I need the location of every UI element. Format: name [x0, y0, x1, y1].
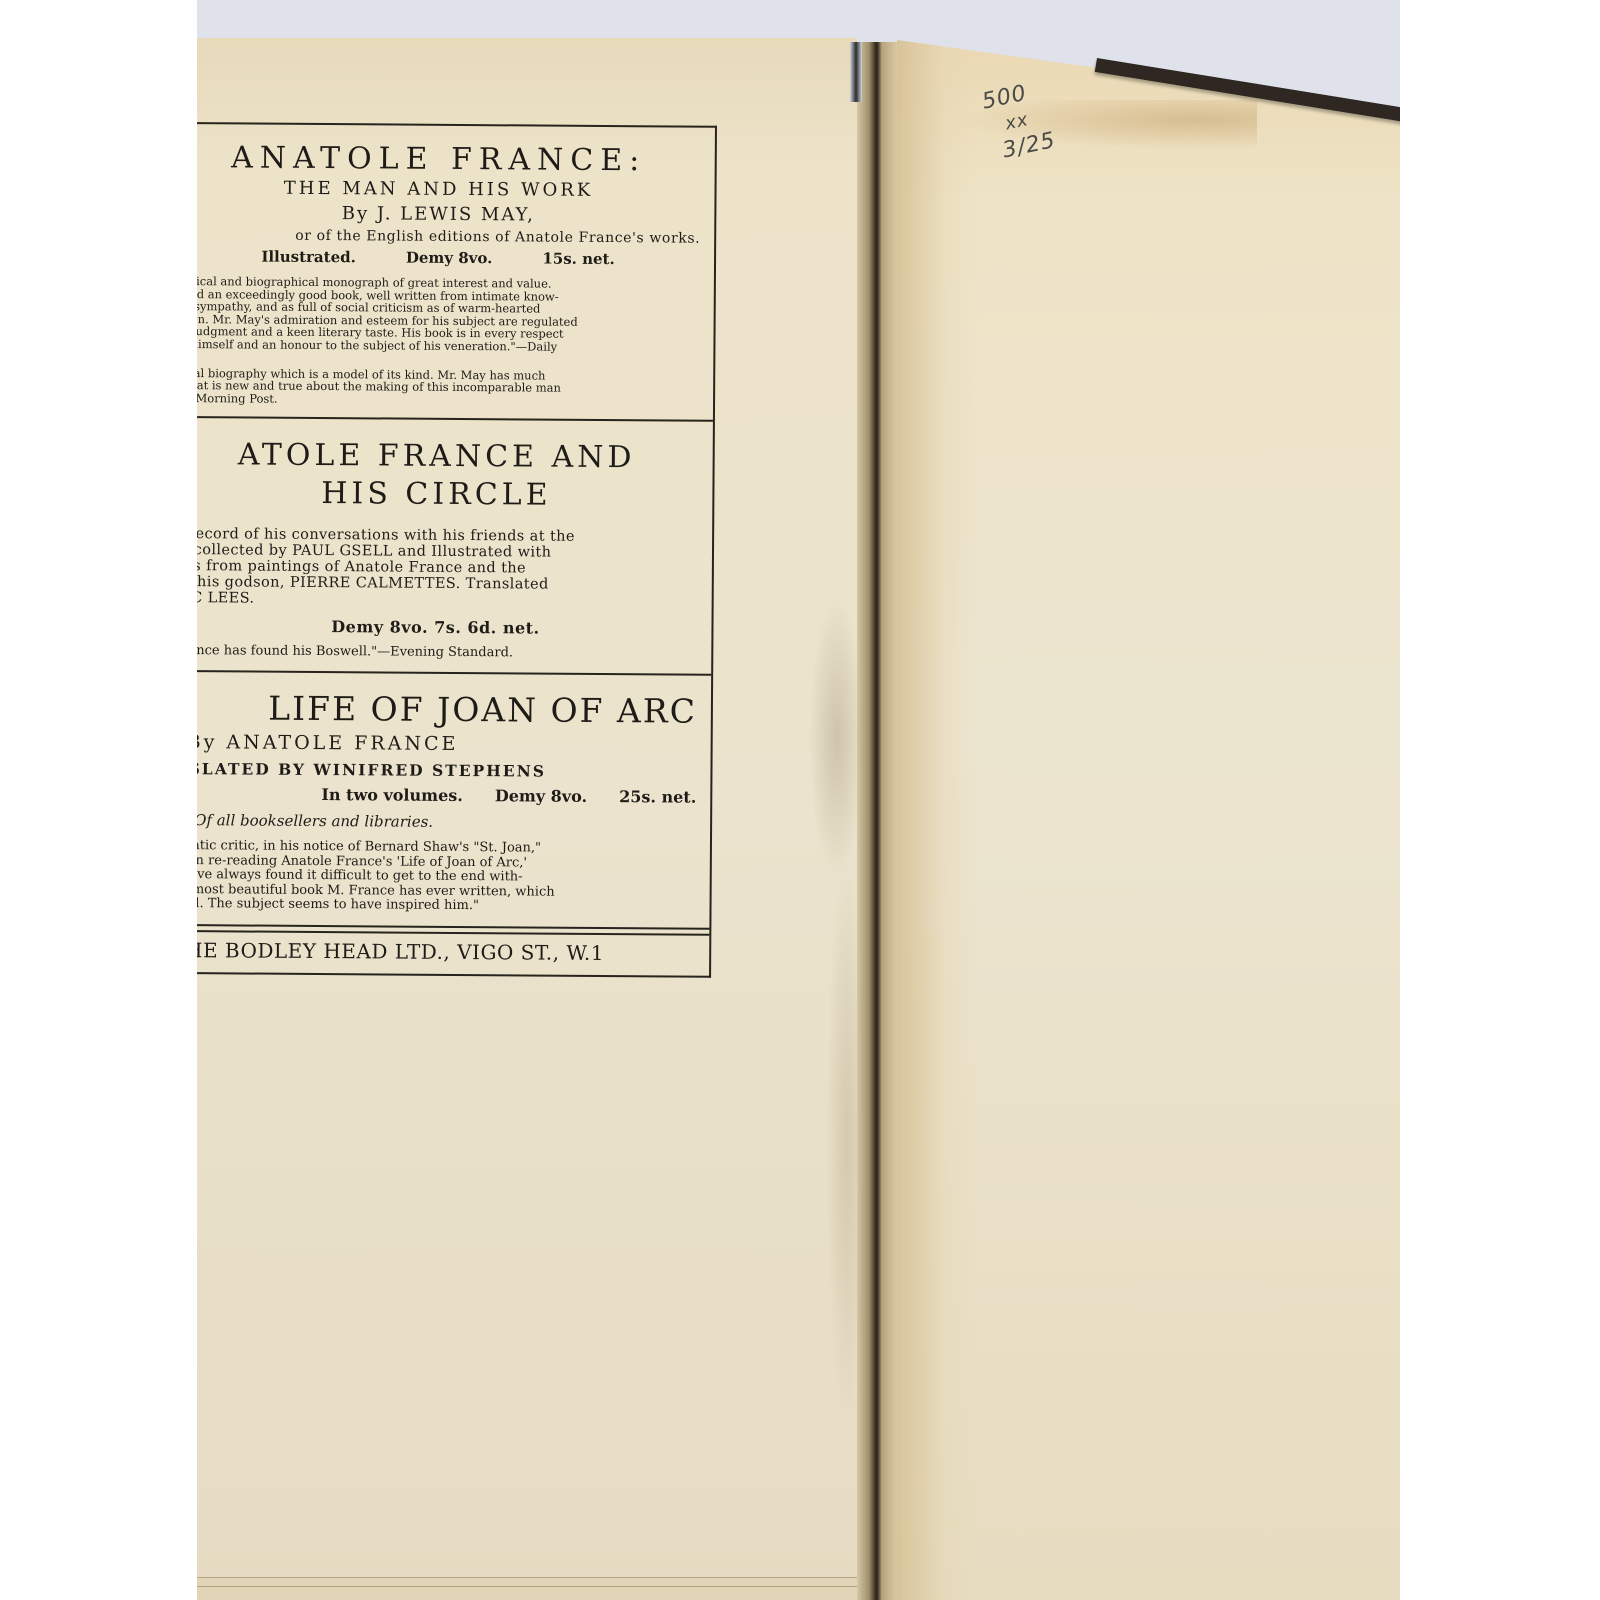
description-line: RIC LEES.: [197, 590, 698, 610]
detail-format: Demy 8vo.: [495, 786, 587, 806]
translator-line: NSLATED BY WINIFRED STEPHENS: [197, 759, 697, 782]
right-page-blank: [897, 40, 1400, 1600]
advert-frame: ANATOLE FRANCE: THE MAN AND HIS WORK By …: [197, 122, 717, 977]
book-title: ANATOLE FRANCE:: [197, 140, 701, 179]
availability-note: Of all booksellers and libraries.: [197, 811, 696, 833]
book-byline: By ANATOLE FRANCE: [197, 731, 697, 757]
publisher-footer: THE BODLEY HEAD LTD., VIGO ST., W.1: [197, 929, 709, 975]
book-byline: By J. LEWIS MAY,: [197, 202, 700, 227]
foxing-stain: [897, 40, 977, 1600]
book-price: Demy 8vo. 7s. 6d. net.: [197, 616, 698, 639]
title-line: HIS CIRCLE: [197, 474, 699, 516]
advert-section-joan-of-arc: LIFE OF JOAN OF ARC By ANATOLE FRANCE NS…: [197, 672, 711, 929]
review-line: ph.: [197, 350, 699, 366]
book-photo: ANATOLE FRANCE: THE MAN AND HIS WORK By …: [197, 0, 1400, 1600]
detail-price: 25s. net.: [619, 787, 696, 807]
book-details: Illustrated. Demy 8vo. 15s. net.: [197, 247, 700, 269]
publisher-advertisement: ANATOLE FRANCE: THE MAN AND HIS WORK By …: [197, 122, 717, 977]
detail-volumes: In two volumes.: [321, 785, 463, 805]
detail-illustrated: Illustrated.: [261, 248, 356, 267]
review-morning-post: itical biography which is a model of its…: [197, 366, 699, 407]
detail-price: 15s. net.: [542, 250, 614, 269]
book-title: LIFE OF JOAN OF ARC: [197, 688, 697, 731]
advert-section-his-circle: ATOLE FRANCE AND HIS CIRCLE a record of …: [197, 418, 713, 676]
press-quote: France has found his Boswell."—Evening S…: [197, 643, 697, 662]
book-title: ATOLE FRANCE AND HIS CIRCLE: [197, 436, 699, 516]
advert-section-man-and-work: ANATOLE FRANCE: THE MAN AND HIS WORK By …: [197, 124, 715, 422]
detail-format: Demy 8vo.: [406, 249, 493, 268]
page-edges: [197, 1577, 857, 1600]
book-details: In two volumes. Demy 8vo. 25s. net.: [197, 784, 696, 807]
quote-line: deal. The subject seems to have inspired…: [197, 897, 696, 915]
press-quote: amatic critic, in his notice of Bernard …: [197, 839, 696, 915]
book-subtitle: THE MAN AND HIS WORK: [197, 177, 701, 202]
editor-note: or of the English editions of Anatole Fr…: [197, 227, 700, 247]
review-line: ."—Morning Post.: [197, 391, 699, 407]
book-description: a record of his conversations with his f…: [197, 526, 698, 610]
book-gutter: [857, 42, 897, 1600]
left-page-advert: ANATOLE FRANCE: THE MAN AND HIS WORK By …: [197, 38, 857, 1600]
review-daily: critical and biographical monograph of g…: [197, 275, 700, 366]
binding-thread: [850, 42, 862, 102]
title-line: ATOLE FRANCE AND: [197, 436, 699, 478]
